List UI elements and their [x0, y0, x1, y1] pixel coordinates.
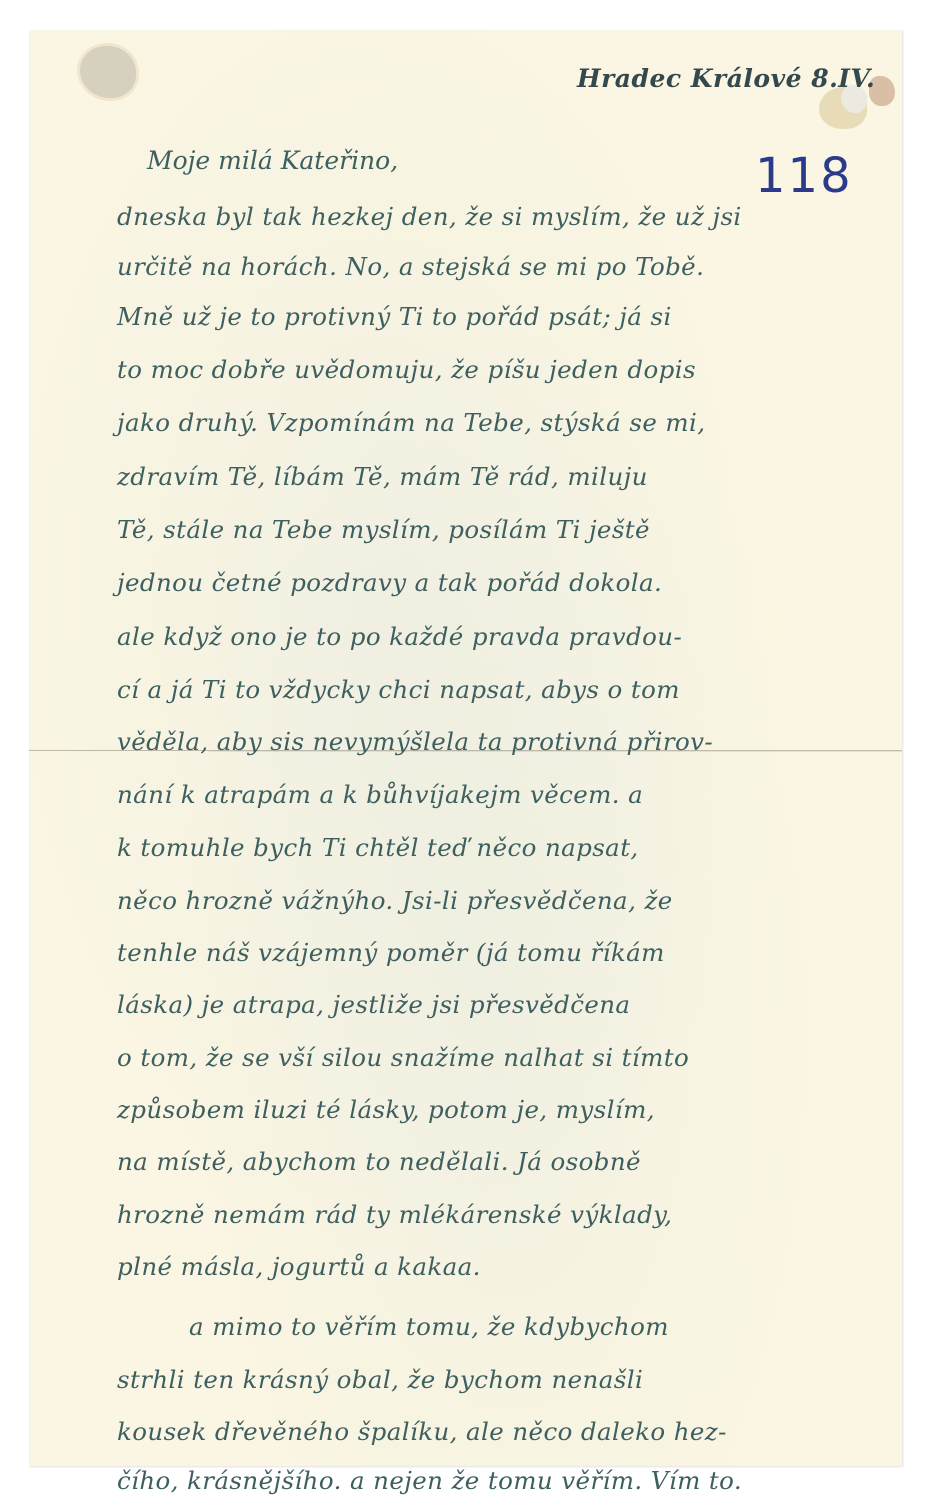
scanned-letter: Hradec Králové 8.IV. 118 Moje milá Kateř…: [0, 0, 952, 1500]
letter-line-paragraph-start: a mimo to věřím tomu, že kdybychom: [189, 1312, 669, 1341]
letter-line: to moc dobře uvědomuju, že píšu jeden do…: [117, 355, 696, 384]
letter-line: věděla, aby sis nevymýšlela ta protivná …: [117, 727, 713, 756]
letter-line: Mně už je to protivný Ti to pořád psát; …: [117, 302, 672, 331]
letter-line: zdravím Tě, líbám Tě, mám Tě rád, miluju: [117, 462, 648, 491]
letter-line: na místě, abychom to nedělali. Já osobně: [117, 1147, 641, 1176]
letter-line: určitě na horách. No, a stejská se mi po…: [117, 252, 704, 281]
letter-line: ale když ono je to po každé pravda pravd…: [117, 622, 682, 651]
letter-line: Tě, stále na Tebe myslím, posílám Ti ješ…: [117, 515, 650, 544]
letter-line: k tomuhle bych Ti chtěl teď něco napsat,: [117, 833, 639, 862]
letter-line: plné másla, jogurtů a kakaa.: [117, 1252, 481, 1281]
letter-line: cí a já Ti to vždycky chci napsat, abys …: [117, 675, 680, 704]
letter-line: čího, krásnějšího. a nejen že tomu věřím…: [117, 1466, 742, 1495]
letter-line: nání k atrapám a k bůhvíjakejm věcem. a: [117, 780, 643, 809]
letter-line: o tom, že se vší silou snažíme nalhat si…: [117, 1043, 689, 1072]
letter-line: jednou četné pozdravy a tak pořád dokola…: [117, 568, 662, 597]
letter-line: strhli ten krásný obal, že bychom nenašl…: [117, 1365, 643, 1394]
letter-line: jako druhý. Vzpomínám na Tebe, stýská se…: [117, 408, 705, 437]
letter-line: kousek dřevěného špalíku, ale něco dalek…: [117, 1417, 727, 1446]
letter-line: něco hrozně vážnýho. Jsi-li přesvědčena,…: [117, 886, 673, 915]
tape-residue-left: [80, 46, 136, 98]
letter-line: způsobem iluzi té lásky, potom je, myslí…: [117, 1095, 655, 1124]
archive-number: 118: [755, 148, 853, 204]
salutation: Moje milá Kateřino,: [147, 146, 398, 175]
letter-paper: Hradec Králové 8.IV. 118 Moje milá Kateř…: [29, 30, 902, 1466]
letter-line: tenhle náš vzájemný poměr (já tomu říkám: [117, 938, 665, 967]
letter-line: hrozně nemám rád ty mlékárenské výklady,: [117, 1200, 672, 1229]
letter-line: dneska byl tak hezkej den, že si myslím,…: [117, 202, 742, 231]
place-date-header: Hradec Králové 8.IV.: [577, 64, 875, 93]
letter-line: láska) je atrapa, jestliže jsi přesvědče…: [117, 990, 630, 1019]
